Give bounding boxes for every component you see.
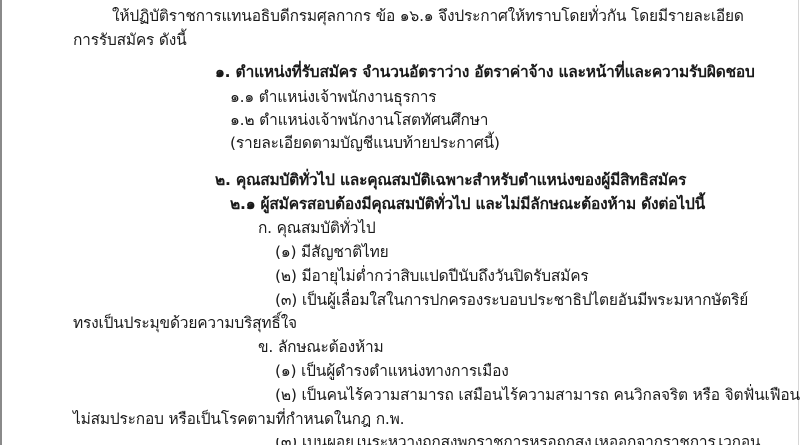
cutoff-line-container: (๓) เป็นผู้อยู่ในระหว่างถูกสั่งพักราชการ…: [0, 438, 800, 445]
section1-item-1: ๑.๑ ตำแหน่งเจ้าพนักงานธุรการ: [230, 87, 436, 107]
general-item-2: (๒) มีอายุไม่ต่ำกว่าสิบแปดปีนับถึงวันปิด…: [275, 266, 589, 286]
section1-heading: ๑. ตำแหน่งที่รับสมัคร จำนวนอัตราว่าง อัต…: [215, 62, 755, 82]
prohibited-item-3-partial: (๓) เป็นผู้อยู่ในระหว่างถูกสั่งพักราชการ…: [275, 438, 760, 445]
intro-line-2: การรับสมัคร ดังนี้: [73, 30, 187, 50]
page-edge-left: [0, 0, 2, 445]
prohibited-item-1: (๑) เป็นผู้ดำรงตำแหน่งทางการเมือง: [275, 361, 509, 381]
intro-line-1: ให้ปฏิบัติราชการแทนอธิบดีกรมศุลกากร ข้อ …: [112, 6, 744, 26]
general-item-3: (๓) เป็นผู้เลื่อมใสในการปกครองระบอบประชา…: [275, 290, 748, 310]
section1-item-2: ๑.๒ ตำแหน่งเจ้าพนักงานโสตทัศนศึกษา: [230, 110, 488, 130]
page-edge-right: [798, 0, 799, 445]
general-item-1: (๑) มีสัญชาติไทย: [275, 242, 389, 262]
prohibited-item-2: (๒) เป็นคนไร้ความสามารถ เสมือนไร้ความสาม…: [275, 385, 800, 405]
prohibited-label: ข. ลักษณะต้องห้าม: [258, 337, 384, 357]
section2-sub-heading: ๒.๑ ผู้สมัครสอบต้องมีคุณสมบัติทั่วไป และ…: [230, 194, 705, 214]
general-qualifications-label: ก. คุณสมบัติทั่วไป: [258, 218, 376, 238]
section1-note: (รายละเอียดตามบัญชีแนบท้ายประกาศนี้): [230, 133, 500, 153]
general-item-3-continuation: ทรงเป็นประมุขด้วยความบริสุทธิ์ใจ: [73, 313, 297, 333]
section2-heading: ๒. คุณสมบัติทั่วไป และคุณสมบัติเฉพาะสำหร…: [215, 170, 686, 190]
prohibited-item-2-continuation: ไม่สมประกอบ หรือเป็นโรคตามที่กำหนดในกฎ ก…: [73, 409, 404, 429]
